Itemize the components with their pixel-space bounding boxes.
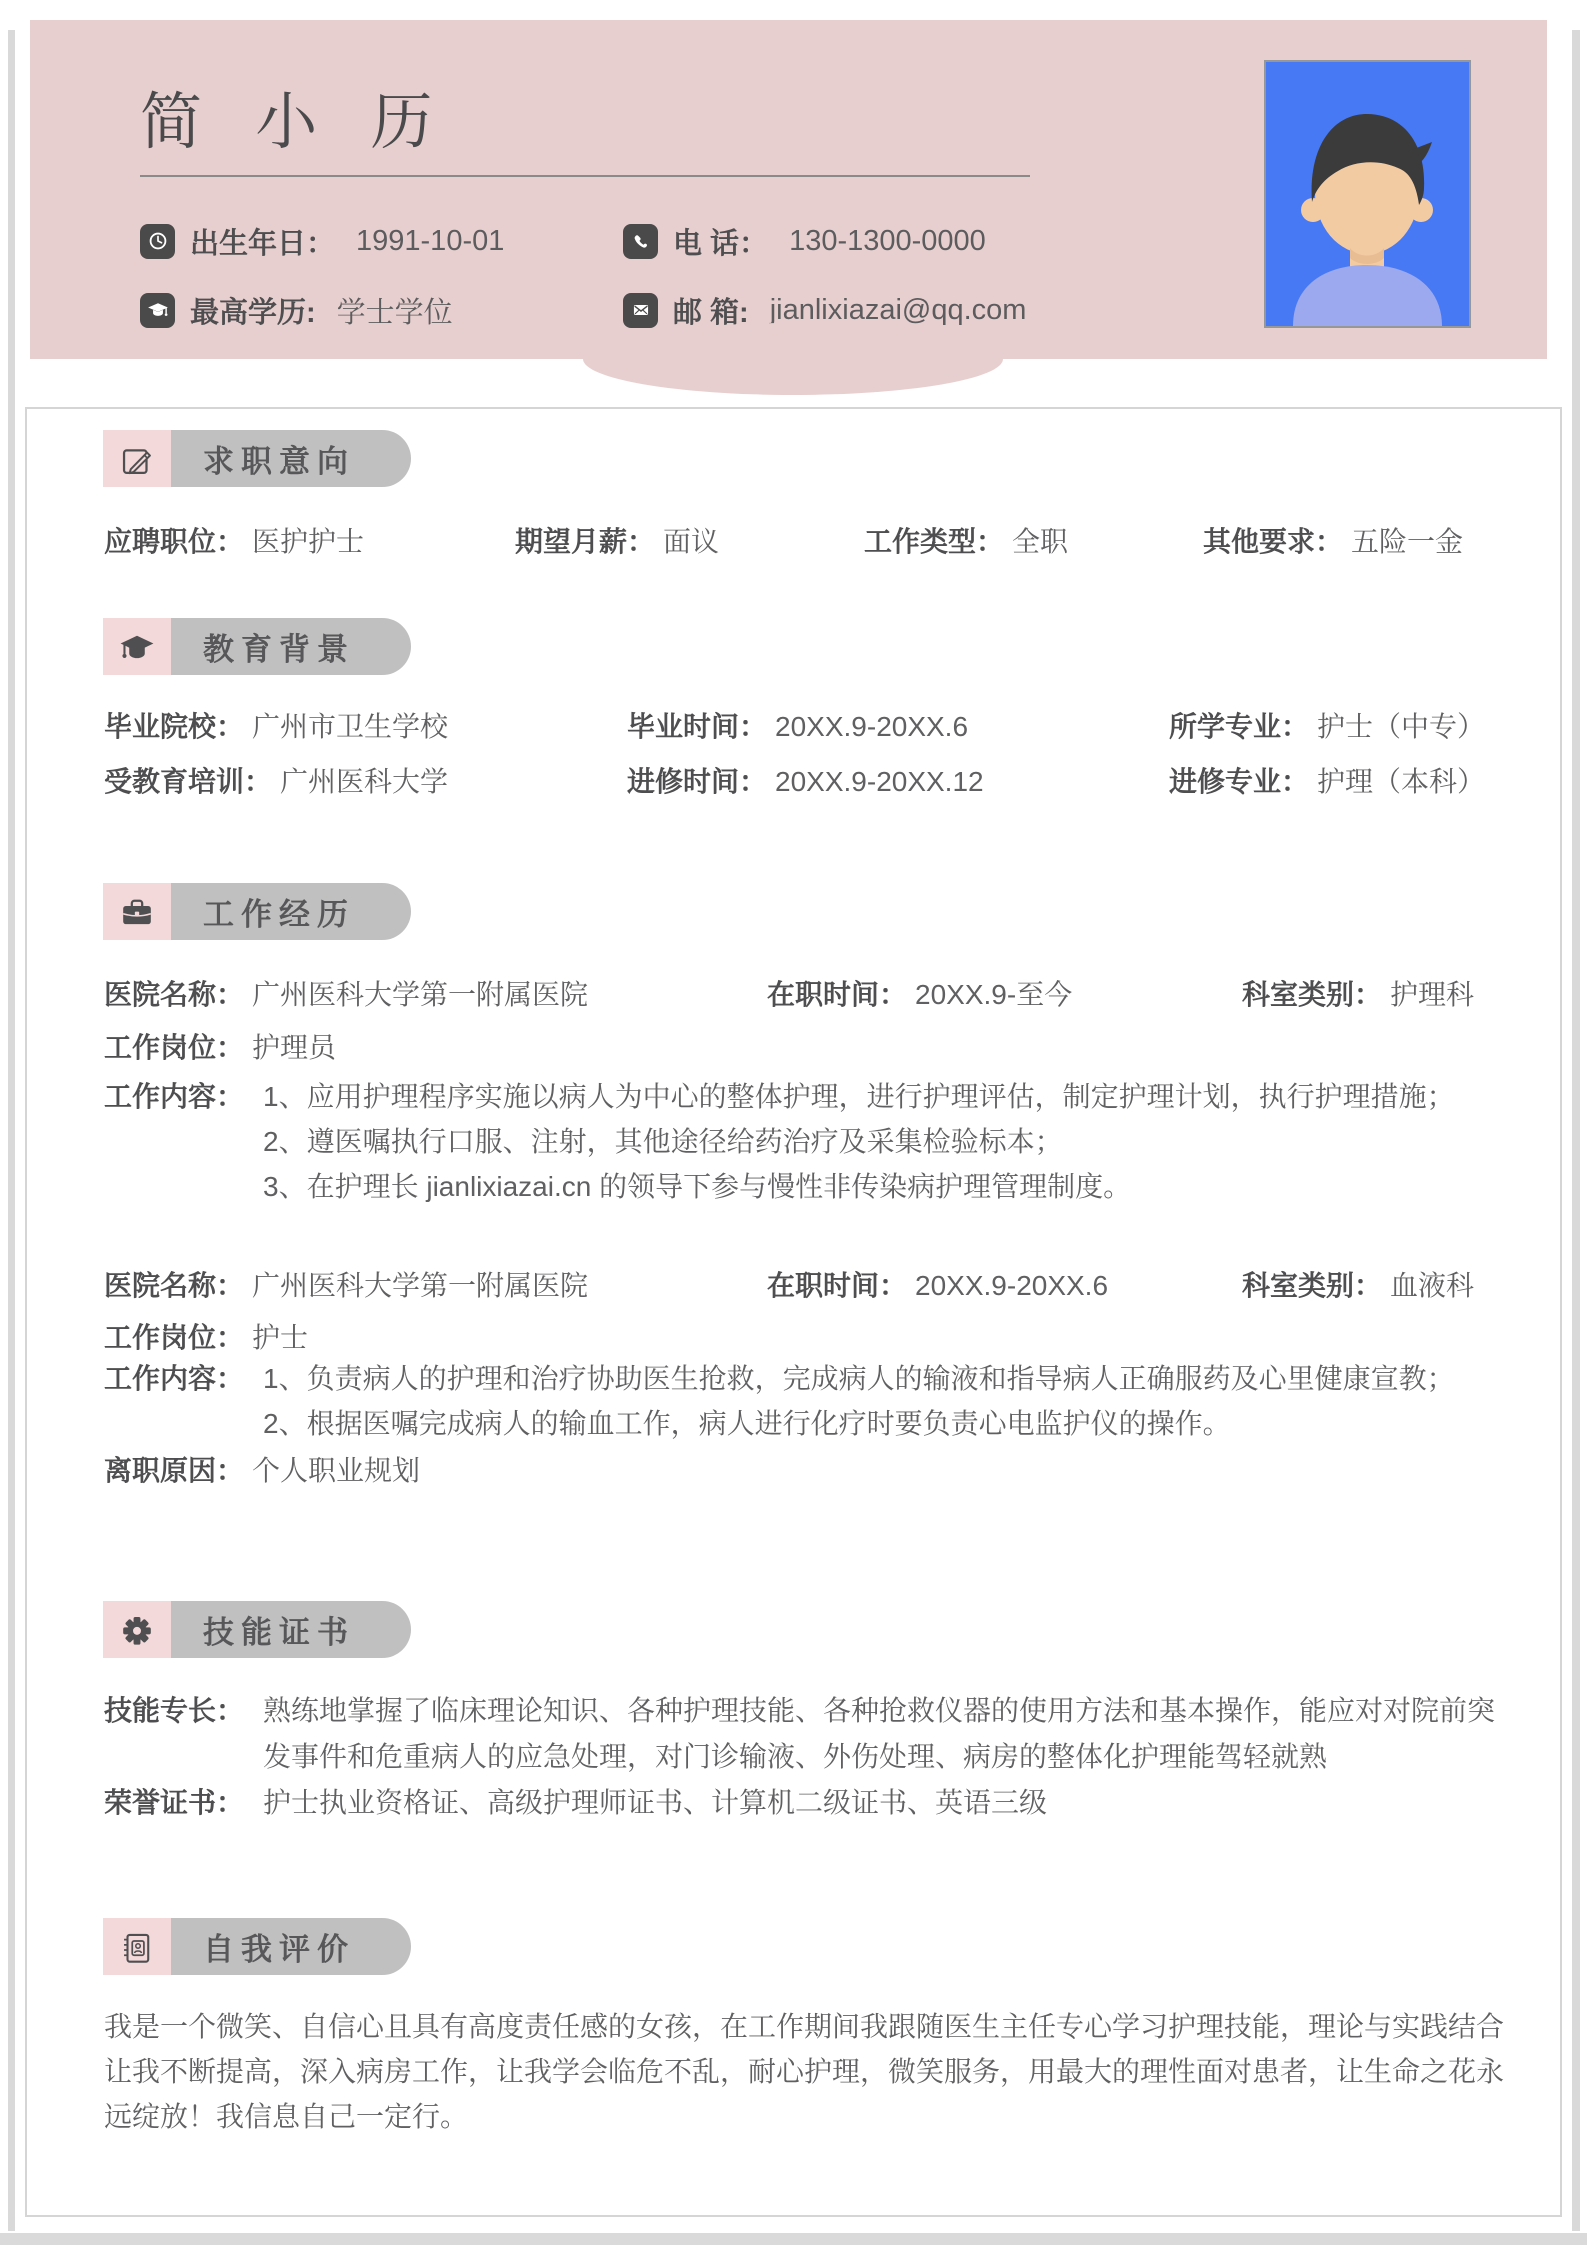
contact-value: 130-1300-0000: [789, 225, 986, 258]
work2-content-line: 1、负责病人的护理和治疗协助医生抢救，完成病人的输液和指导病人正确服药及心里健康…: [263, 1356, 1514, 1401]
edu-school: 毕业院校：广州市卫生学校: [104, 705, 448, 745]
work1-content: 工作内容： 1、应用护理程序实施以病人为中心的整体护理，进行护理评估，制定护理计…: [104, 1074, 1514, 1209]
section-title: 求职意向: [171, 430, 411, 487]
resume-page: 简 小 历 出生年日： 1991-10-01 电 话： 130-1300-000…: [0, 0, 1587, 2245]
phone-icon: [623, 224, 658, 259]
degree-icon: [140, 293, 175, 328]
section-header-self-eval: 自我评价: [103, 1918, 411, 1975]
section-header-job-intent: 求职意向: [103, 430, 411, 487]
job-field-type: 工作类型：全职: [864, 520, 1068, 560]
skills-honors-text: 护士执业资格证、高级护理师证书、计算机二级证书、英语三级: [263, 1780, 1514, 1825]
section-header-skills: 技能证书: [103, 1601, 411, 1658]
job-field-salary: 期望月薪：面议: [515, 520, 719, 560]
work1-content-line: 2、遵医嘱执行口服、注射，其他途径给药治疗及采集检验标本；: [263, 1119, 1514, 1164]
page-edge-right: [1572, 30, 1580, 2231]
skills-specialty: 技能专长： 熟练地掌握了临床理论知识、各种护理技能、各种抢救仪器的使用方法和基本…: [104, 1688, 1514, 1780]
resume-body: 求职意向 应聘职位：医护护士 期望月薪：面议 工作类型：全职 其他要求：五险一金: [25, 407, 1562, 2217]
person-name: 简 小 历: [140, 72, 450, 161]
work2-content: 工作内容： 1、负责病人的护理和治疗协助医生抢救，完成病人的输液和指导病人正确服…: [104, 1356, 1514, 1446]
contact-value: 学士学位: [337, 290, 453, 331]
work2-hospital: 医院名称：广州医科大学第一附属医院: [104, 1264, 588, 1304]
skills-honors: 荣誉证书： 护士执业资格证、高级护理师证书、计算机二级证书、英语三级: [104, 1780, 1514, 1825]
work2-dept: 科室类别：血液科: [1242, 1264, 1474, 1304]
section-header-work: 工作经历: [103, 883, 411, 940]
work1-content-line: 3、在护理长 jianlixiazai.cn 的领导下参与慢性非传染病护理管理制…: [263, 1164, 1514, 1209]
section-header-education: 教育背景: [103, 618, 411, 675]
contact-value: 1991-10-01: [356, 225, 504, 258]
edu-training: 受教育培训：广州医科大学: [104, 760, 448, 800]
self-eval-text: 我是一个微笑、自信心且具有高度责任感的女孩，在工作期间我跟随医生主任专心学习护理…: [104, 2004, 1516, 2139]
contact-label: 最高学历:: [190, 290, 316, 331]
contact-phone: 电 话： 130-1300-0000: [623, 223, 986, 259]
job-field-other: 其他要求：五险一金: [1203, 520, 1463, 560]
contact-label: 电 话：: [673, 221, 768, 262]
work1-period: 在职时间：20XX.9-至今: [767, 973, 1072, 1013]
work2-post: 工作岗位：护士: [104, 1316, 308, 1356]
edu-major: 所学专业：护士（中专）: [1169, 705, 1485, 745]
graduation-cap-icon: [103, 618, 171, 675]
mail-icon: [623, 293, 658, 328]
contact-value: jianlixiazai@qq.com: [770, 294, 1027, 327]
gear-icon: [103, 1601, 171, 1658]
id-photo-avatar: [1264, 60, 1471, 328]
edu-training-time: 进修时间：20XX.9-20XX.12: [627, 760, 984, 800]
name-divider: [140, 175, 1030, 177]
section-title: 技能证书: [171, 1601, 411, 1658]
edu-time: 毕业时间：20XX.9-20XX.6: [627, 705, 968, 745]
work2-content-line: 2、根据医嘱完成病人的输血工作，病人进行化疗时要负责心电监护仪的操作。: [263, 1401, 1514, 1446]
skills-specialty-text: 熟练地掌握了临床理论知识、各种护理技能、各种抢救仪器的使用方法和基本操作，能应对…: [263, 1688, 1514, 1780]
clock-icon: [140, 224, 175, 259]
contact-education: 最高学历: 学士学位: [140, 292, 453, 328]
work1-post: 工作岗位：护理员: [104, 1026, 336, 1066]
work2-period: 在职时间：20XX.9-20XX.6: [767, 1264, 1108, 1304]
work1-dept: 科室类别：护理科: [1242, 973, 1474, 1013]
notebook-person-icon: [103, 1918, 171, 1975]
work1-hospital: 医院名称：广州医科大学第一附属医院: [104, 973, 588, 1013]
section-title: 自我评价: [171, 1918, 411, 1975]
job-field-position: 应聘职位：医护护士: [104, 520, 364, 560]
work1-content-line: 1、应用护理程序实施以病人为中心的整体护理，进行护理评估，制定护理计划，执行护理…: [263, 1074, 1514, 1119]
work2-leave-reason: 离职原因：个人职业规划: [104, 1449, 420, 1489]
section-title: 工作经历: [171, 883, 411, 940]
pencil-square-icon: [103, 430, 171, 487]
contact-birthdate: 出生年日： 1991-10-01: [140, 223, 504, 259]
briefcase-icon: [103, 883, 171, 940]
section-title: 教育背景: [171, 618, 411, 675]
header-decorative-ellipse: [583, 323, 1003, 395]
edu-training-major: 进修专业：护理（本科）: [1169, 760, 1485, 800]
contact-label: 出生年日：: [190, 221, 335, 262]
page-edge-left: [8, 30, 15, 2231]
page-edge-bottom: [0, 2233, 1587, 2245]
